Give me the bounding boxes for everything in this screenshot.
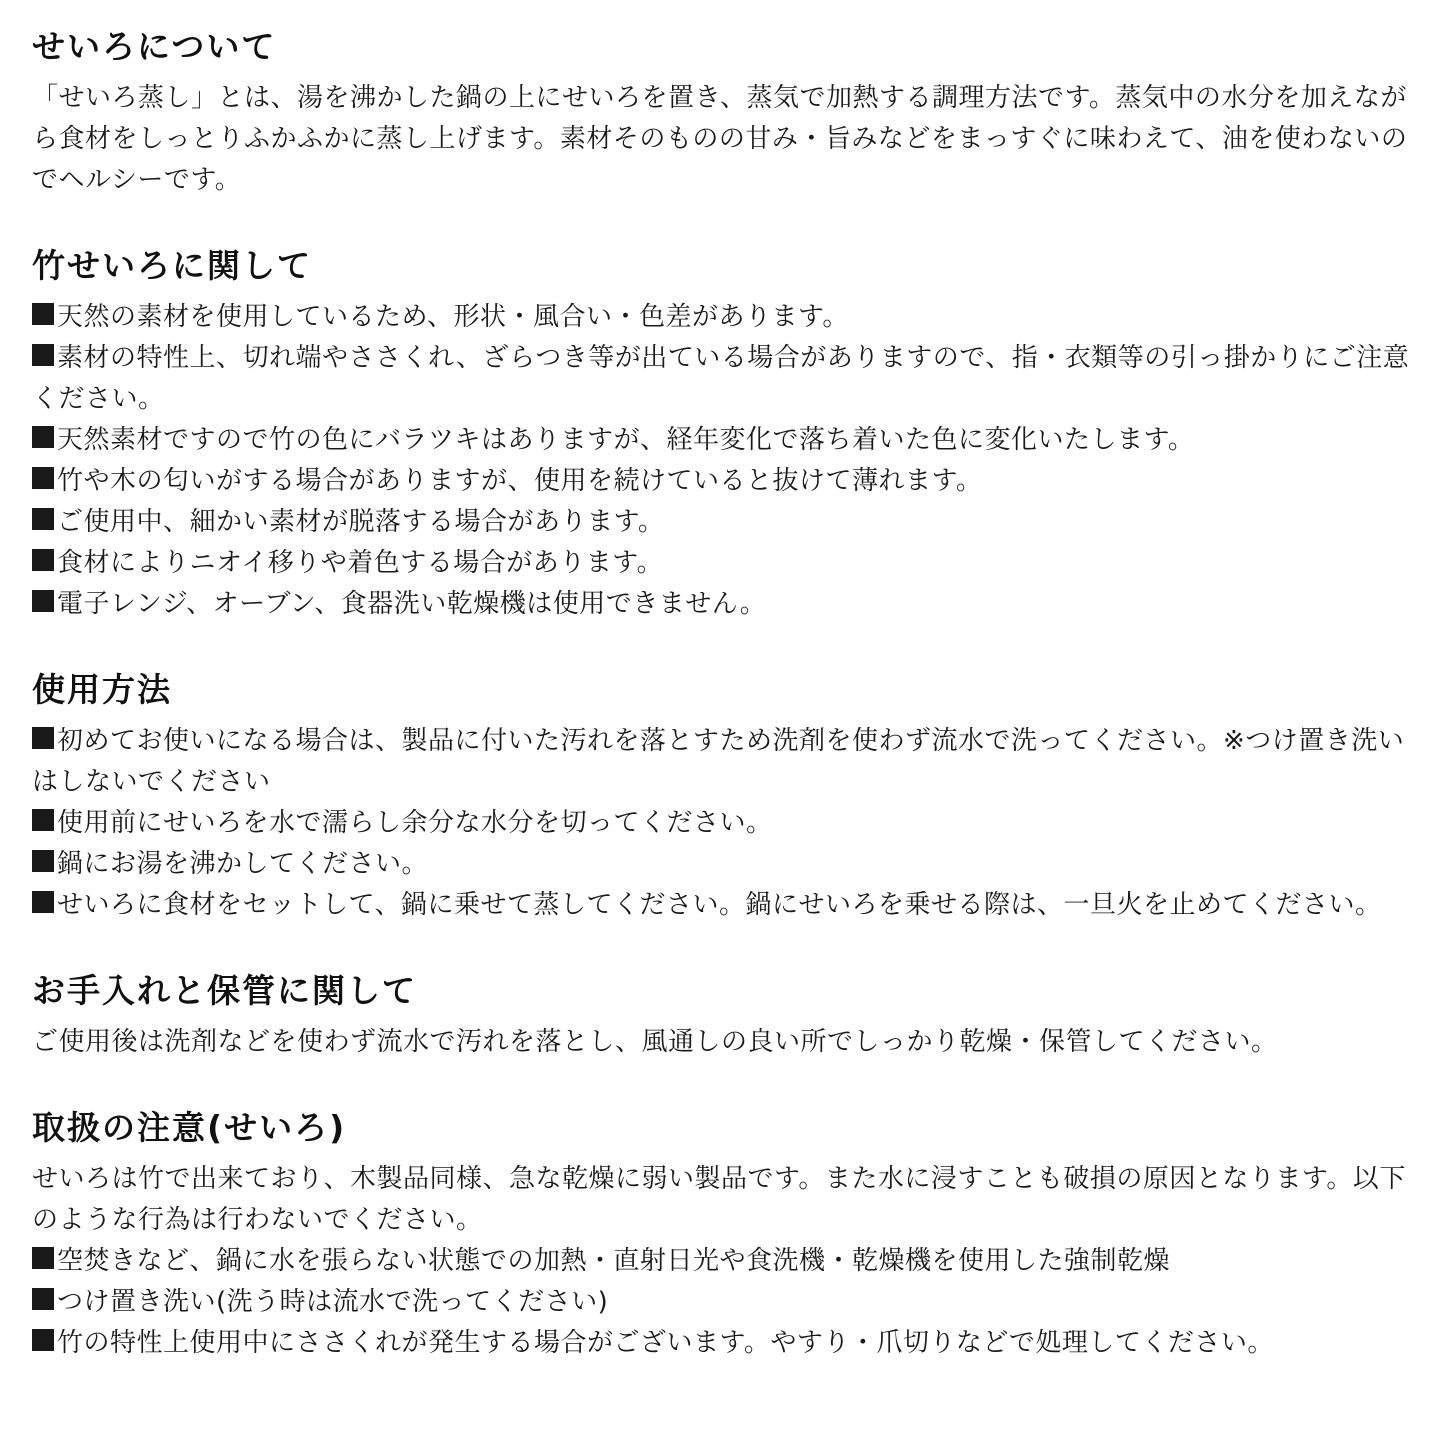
bullet-text: 竹の特性上使用中にささくれが発生する場合がございます。やすり・爪切りなどで処理し… <box>57 1328 1274 1358</box>
bullet-text: 鍋にお湯を沸かしてください。 <box>57 849 428 879</box>
bullet-item: 電子レンジ、オーブン、食器洗い乾燥機は使用できません。 <box>32 584 1410 625</box>
bullet-text: 空焚きなど、鍋に水を張らない状態での加熱・直射日光や食洗機・乾燥機を使用した強制… <box>57 1246 1170 1276</box>
bullet-item: せいろに食材をセットして、鍋に乗せて蒸してください。鍋にせいろを乗せる際は、一旦… <box>32 885 1410 926</box>
bullet-square-icon <box>32 426 54 448</box>
section: せいろについて「せいろ蒸し」とは、湯を沸かした鍋の上にせいろを置き、蒸気で加熱す… <box>32 26 1410 201</box>
bullet-square-icon <box>32 1247 54 1269</box>
bullet-square-icon <box>32 344 54 366</box>
bullet-item: 初めてお使いになる場合は、製品に付いた汚れを落とすため洗剤を使わず流水で洗ってく… <box>32 721 1410 803</box>
bullet-square-icon <box>32 850 54 872</box>
bullet-square-icon <box>32 467 54 489</box>
section: 使用方法初めてお使いになる場合は、製品に付いた汚れを落とすため洗剤を使わず流水で… <box>32 669 1410 926</box>
section-heading: 取扱の注意(せいろ) <box>32 1107 1410 1149</box>
bullet-item: 天然の素材を使用しているため、形状・風合い・色差があります。 <box>32 297 1410 338</box>
bullet-square-icon <box>32 727 54 749</box>
paragraph: 「せいろ蒸し」とは、湯を沸かした鍋の上にせいろを置き、蒸気で加熱する調理方法です… <box>32 78 1410 201</box>
bullet-text: 素材の特性上、切れ端やささくれ、ざらつき等が出ている場合がありますので、指・衣類… <box>32 343 1409 414</box>
bullet-text: 天然素材ですので竹の色にバラツキはありますが、経年変化で落ち着いた色に変化いたし… <box>57 425 1194 455</box>
bullet-square-icon <box>32 303 54 325</box>
bullet-item: 使用前にせいろを水で濡らし余分な水分を切ってください。 <box>32 803 1410 844</box>
bullet-square-icon <box>32 590 54 612</box>
bullet-text: ご使用中、細かい素材が脱落する場合があります。 <box>57 507 664 537</box>
section-heading: 竹せいろに関して <box>32 245 1410 287</box>
bullet-text: 食材によりニオイ移りや着色する場合があります。 <box>57 548 663 578</box>
paragraph: ご使用後は洗剤などを使わず流水で汚れを落とし、風通しの良い所でしっかり乾燥・保管… <box>32 1022 1410 1063</box>
bullet-square-icon <box>32 549 54 571</box>
paragraph: せいろは竹で出来ており、木製品同様、急な乾燥に弱い製品です。また水に浸すことも破… <box>32 1159 1410 1241</box>
section-heading: せいろについて <box>32 26 1410 68</box>
bullet-text: つけ置き洗い(洗う時は流水で洗ってください) <box>57 1287 608 1317</box>
bullet-square-icon <box>32 1329 54 1351</box>
bullet-text: 初めてお使いになる場合は、製品に付いた汚れを落とすため洗剤を使わず流水で洗ってく… <box>32 726 1404 797</box>
product-info-document: せいろについて「せいろ蒸し」とは、湯を沸かした鍋の上にせいろを置き、蒸気で加熱す… <box>0 0 1440 1440</box>
section: 取扱の注意(せいろ)せいろは竹で出来ており、木製品同様、急な乾燥に弱い製品です。… <box>32 1107 1410 1364</box>
bullet-item: 空焚きなど、鍋に水を張らない状態での加熱・直射日光や食洗機・乾燥機を使用した強制… <box>32 1241 1410 1282</box>
bullet-text: 使用前にせいろを水で濡らし余分な水分を切ってください。 <box>57 808 773 838</box>
bullet-text: 竹や木の匂いがする場合がありますが、使用を続けていると抜けて薄れます。 <box>57 466 982 496</box>
bullet-item: 素材の特性上、切れ端やささくれ、ざらつき等が出ている場合がありますので、指・衣類… <box>32 338 1410 420</box>
bullet-text: 天然の素材を使用しているため、形状・風合い・色差があります。 <box>57 302 849 332</box>
bullet-item: 食材によりニオイ移りや着色する場合があります。 <box>32 543 1410 584</box>
bullet-text: 電子レンジ、オーブン、食器洗い乾燥機は使用できません。 <box>57 589 766 619</box>
bullet-text: せいろに食材をセットして、鍋に乗せて蒸してください。鍋にせいろを乗せる際は、一旦… <box>57 890 1381 920</box>
section: お手入れと保管に関してご使用後は洗剤などを使わず流水で汚れを落とし、風通しの良い… <box>32 970 1410 1063</box>
bullet-square-icon <box>32 809 54 831</box>
bullet-item: 天然素材ですので竹の色にバラツキはありますが、経年変化で落ち着いた色に変化いたし… <box>32 420 1410 461</box>
bullet-item: ご使用中、細かい素材が脱落する場合があります。 <box>32 502 1410 543</box>
bullet-square-icon <box>32 1288 54 1310</box>
section-heading: お手入れと保管に関して <box>32 970 1410 1012</box>
bullet-square-icon <box>32 891 54 913</box>
bullet-item: 竹や木の匂いがする場合がありますが、使用を続けていると抜けて薄れます。 <box>32 461 1410 502</box>
section: 竹せいろに関して天然の素材を使用しているため、形状・風合い・色差があります。素材… <box>32 245 1410 625</box>
bullet-square-icon <box>32 508 54 530</box>
section-heading: 使用方法 <box>32 669 1410 711</box>
bullet-item: 鍋にお湯を沸かしてください。 <box>32 844 1410 885</box>
bullet-item: つけ置き洗い(洗う時は流水で洗ってください) <box>32 1282 1410 1323</box>
bullet-item: 竹の特性上使用中にささくれが発生する場合がございます。やすり・爪切りなどで処理し… <box>32 1323 1410 1364</box>
